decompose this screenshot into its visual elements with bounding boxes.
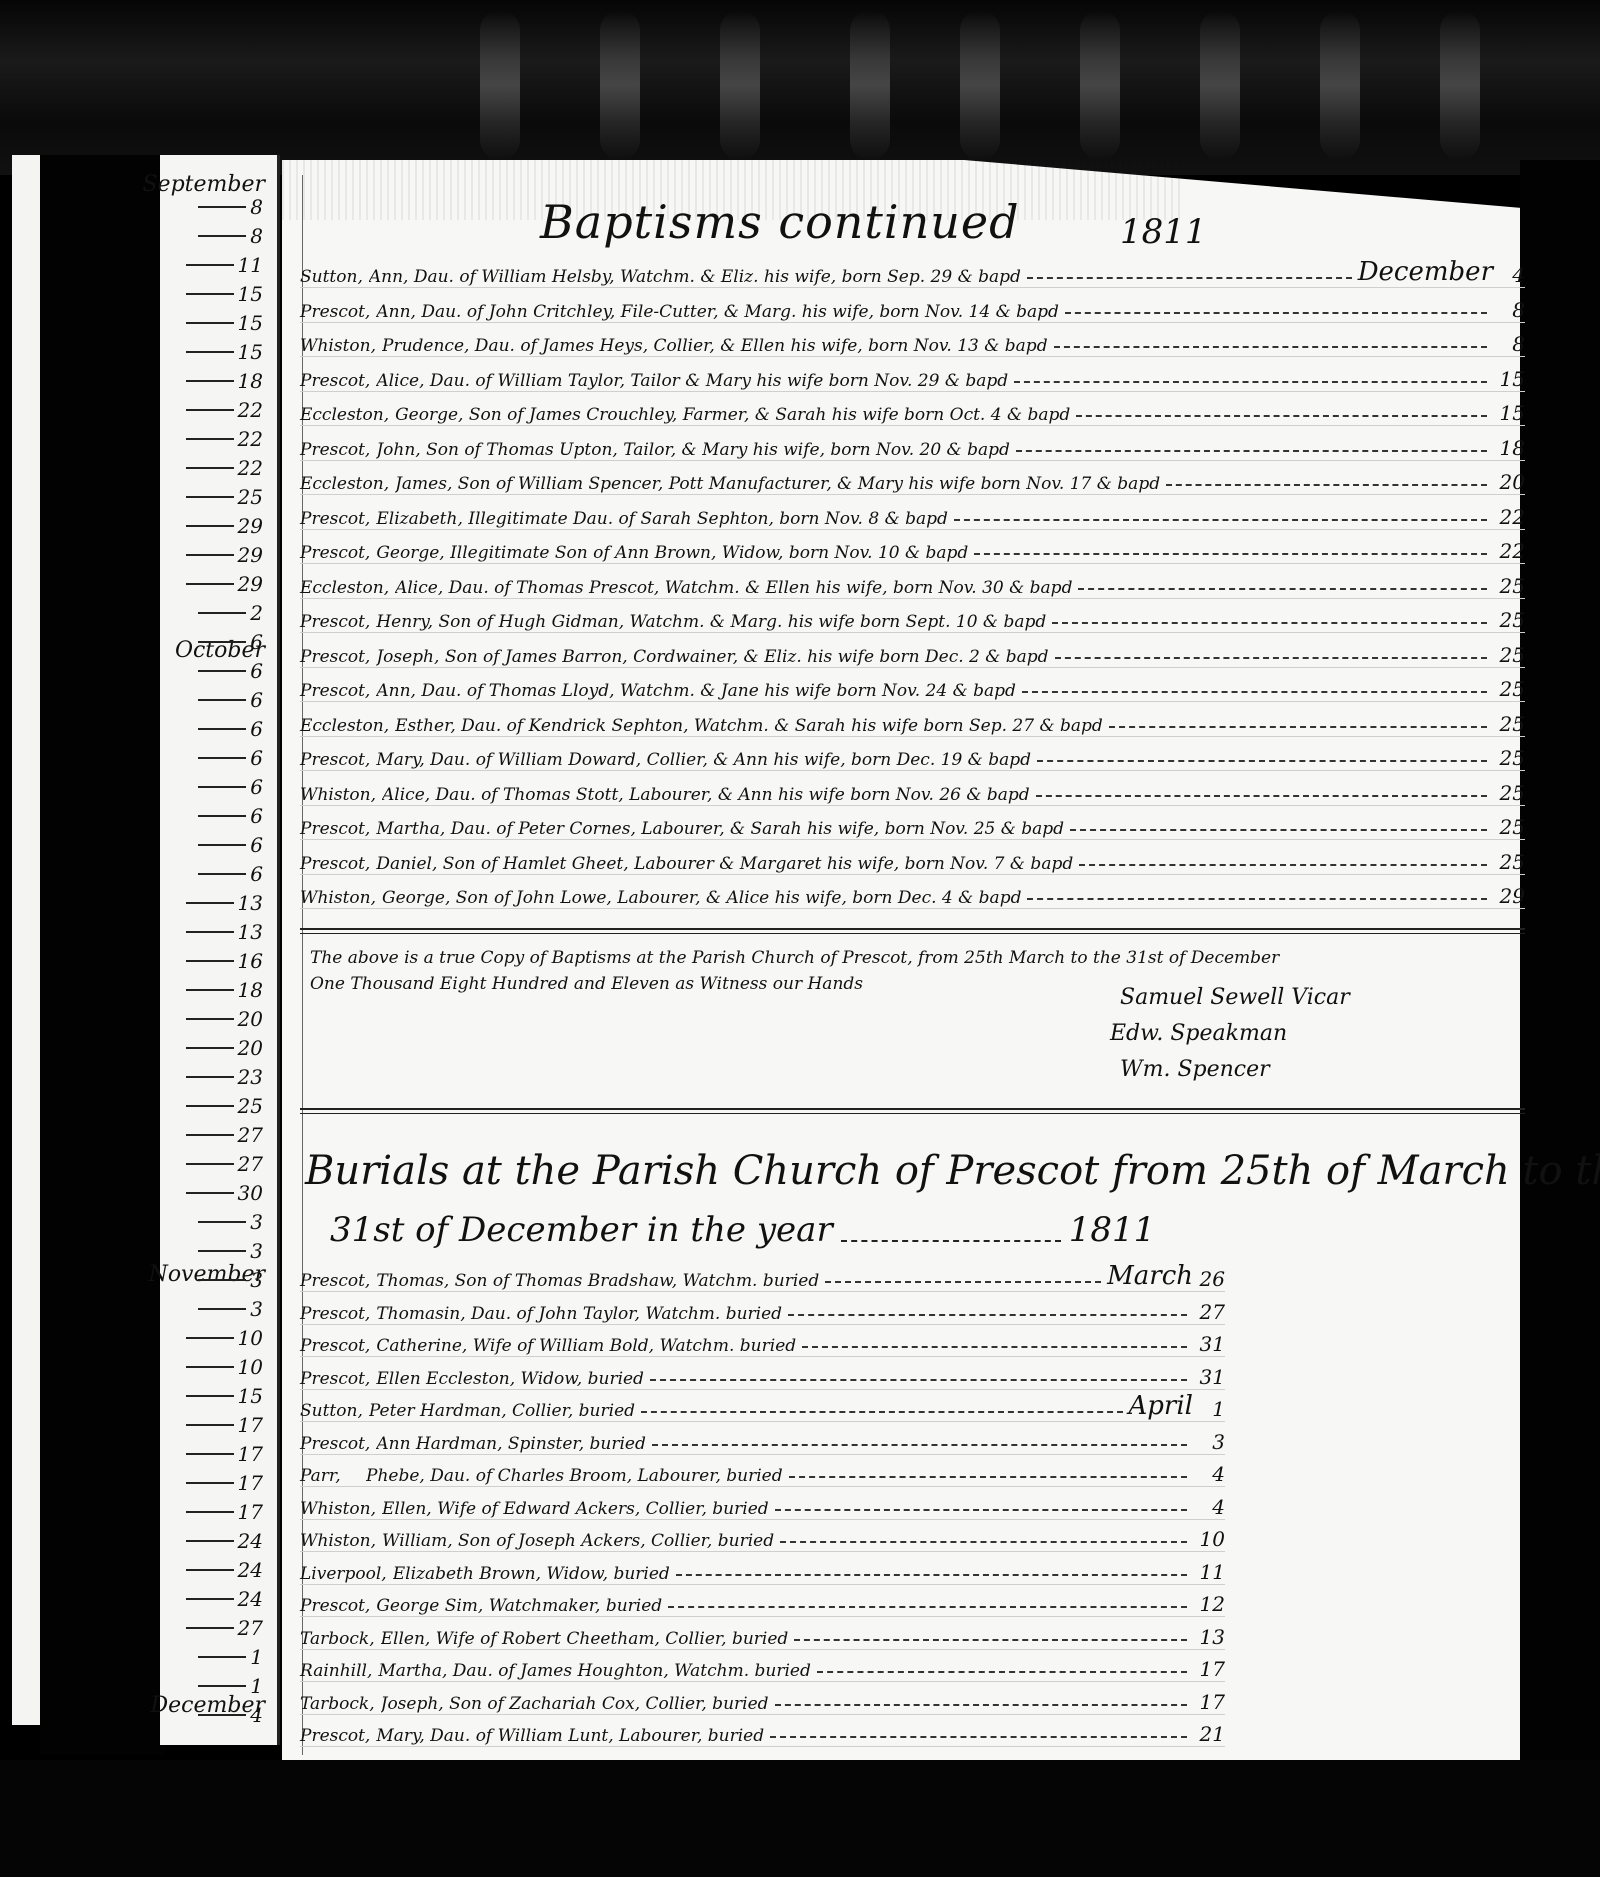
entry-text: Martha, Dau. of Peter Cornes, Labourer, … (376, 819, 1064, 839)
entry-text: Thomasin, Dau. of John Taylor, Watchm. b… (376, 1304, 782, 1324)
entry-place: Prescot, (300, 1304, 370, 1324)
entry-day: 22 (1497, 505, 1525, 529)
left-day-number: 8 (198, 224, 263, 248)
left-day-number: 27 (186, 1616, 263, 1640)
entry-text: Ann, Dau. of William Helsby, Watchm. & E… (369, 267, 1021, 287)
entry-place: Prescot, (300, 854, 370, 874)
register-entry: Liverpool,Elizabeth Brown, Widow, buried… (300, 1555, 1225, 1585)
left-day-number: 1 (198, 1674, 263, 1698)
entry-day: 25 (1497, 850, 1525, 874)
register-entry: Prescot,Alice, Dau. of William Taylor, T… (300, 362, 1525, 392)
entry-day: 12 (1197, 1592, 1225, 1616)
register-entry: Prescot,Ann, Dau. of Thomas Lloyd, Watch… (300, 672, 1525, 702)
left-day-number: 2 (198, 601, 263, 625)
entry-text: Thomas, Son of Thomas Bradshaw, Watchm. … (376, 1271, 819, 1291)
entry-place: Prescot, (300, 1369, 370, 1389)
register-entry: Prescot,Martha, Dau. of Peter Cornes, La… (300, 810, 1525, 840)
entry-leader (641, 1411, 1123, 1413)
register-entry: Whiston,William, Son of Joseph Ackers, C… (300, 1522, 1225, 1552)
left-day-number: 27 (186, 1152, 263, 1176)
entry-text: Ellen, Wife of Robert Cheetham, Collier,… (381, 1629, 789, 1649)
entry-text: Elizabeth Brown, Widow, buried (393, 1564, 670, 1584)
entry-day: 4 (1197, 1462, 1225, 1486)
entry-text: George, Son of John Lowe, Labourer, & Al… (382, 888, 1021, 908)
entry-day: 15 (1497, 401, 1525, 425)
left-day-number: 25 (186, 485, 263, 509)
entry-place: Eccleston, (300, 578, 389, 598)
entry-day: 31 (1197, 1332, 1225, 1356)
entry-day: 1 (1197, 1397, 1225, 1421)
title-leader (841, 1240, 1061, 1242)
left-page-edge (12, 155, 42, 1725)
entry-leader (780, 1541, 1187, 1543)
register-entry: Eccleston,Alice, Dau. of Thomas Prescot,… (300, 569, 1525, 599)
entry-place: Prescot, (300, 647, 370, 667)
entry-leader (1036, 795, 1487, 797)
entry-place: Prescot, (300, 750, 370, 770)
register-entry: Sutton,Peter Hardman, Collier, buriedApr… (300, 1392, 1225, 1422)
register-entry: Whiston,Ellen, Wife of Edward Ackers, Co… (300, 1490, 1225, 1520)
entry-leader (668, 1606, 1187, 1608)
entry-place: Prescot, (300, 1596, 370, 1616)
register-entry: Prescot,Ellen Eccleston, Widow, buried31 (300, 1360, 1225, 1390)
left-day-number: 13 (186, 891, 263, 915)
register-entry: Eccleston,Esther, Dau. of Kendrick Sepht… (300, 707, 1525, 737)
entry-leader (1014, 381, 1487, 383)
entry-day: 17 (1197, 1657, 1225, 1681)
register-entry: Prescot,Elizabeth, Illegitimate Dau. of … (300, 500, 1525, 530)
left-day-number: 29 (186, 572, 263, 596)
register-entry: Prescot,Mary, Dau. of William Lunt, Labo… (300, 1717, 1225, 1747)
register-entry: Prescot,Thomasin, Dau. of John Taylor, W… (300, 1295, 1225, 1325)
entry-text: Joseph, Son of Zachariah Cox, Collier, b… (381, 1694, 769, 1714)
burials-year: 1811 (1069, 1210, 1156, 1250)
entry-place: Tarbock, (300, 1629, 375, 1649)
register-entry: Eccleston,James, Son of William Spencer,… (300, 465, 1525, 495)
left-day-number: 17 (186, 1442, 263, 1466)
entry-leader (1076, 415, 1487, 417)
register-entry: Prescot,George Sim, Watchmaker, buried12 (300, 1587, 1225, 1617)
left-day-number: 10 (186, 1355, 263, 1379)
register-entry: Prescot,Ann, Dau. of John Critchley, Fil… (300, 293, 1525, 323)
left-day-number: 6 (198, 717, 263, 741)
entry-day: 10 (1197, 1527, 1225, 1551)
register-entry: Tarbock,Joseph, Son of Zachariah Cox, Co… (300, 1685, 1225, 1715)
entry-place: Eccleston, (300, 474, 389, 494)
left-day-number: 3 (198, 1297, 263, 1321)
entry-day: 31 (1197, 1365, 1225, 1389)
entry-leader (1052, 622, 1487, 624)
left-day-number: 15 (186, 1384, 263, 1408)
left-page-fragment: SeptemberOctoberNovemberDecember88111515… (160, 155, 280, 1745)
left-day-number: 24 (186, 1558, 263, 1582)
entry-leader (817, 1671, 1187, 1673)
left-day-number: 4 (198, 1703, 263, 1727)
entry-leader (770, 1736, 1187, 1738)
entry-day: 25 (1497, 677, 1525, 701)
entry-leader (788, 1314, 1187, 1316)
entry-leader (1054, 346, 1487, 348)
entry-text: Alice, Dau. of Thomas Prescot, Watchm. &… (395, 578, 1072, 598)
left-day-number: 6 (198, 862, 263, 886)
register-entry: Prescot,Ann Hardman, Spinster, buried3 (300, 1425, 1225, 1455)
entry-place: Sutton, (300, 267, 363, 287)
left-day-number: 6 (198, 775, 263, 799)
signature-warden-1: Edw. Speakman (1110, 1016, 1350, 1052)
entry-place: Liverpool, (300, 1564, 387, 1584)
entry-day: 13 (1197, 1625, 1225, 1649)
entry-text: John, Son of Thomas Upton, Tailor, & Mar… (376, 440, 1010, 460)
signature-vicar: Samuel Sewell Vicar (1120, 980, 1350, 1016)
left-day-number: 8 (198, 195, 263, 219)
entry-text: George Sim, Watchmaker, buried (376, 1596, 662, 1616)
entry-text: Alice, Dau. of Thomas Stott, Labourer, &… (382, 785, 1030, 805)
register-entry: Parr,Phebe, Dau. of Charles Broom, Labou… (300, 1457, 1225, 1487)
entry-day: 25 (1497, 815, 1525, 839)
left-day-number: 3 (198, 1239, 263, 1263)
entry-leader (1109, 726, 1487, 728)
entry-text: Elizabeth, Illegitimate Dau. of Sarah Se… (376, 509, 948, 529)
entry-leader (802, 1346, 1187, 1348)
entry-text: Joseph, Son of James Barron, Cordwainer,… (376, 647, 1048, 667)
entry-day: 27 (1197, 1300, 1225, 1324)
entry-place: Rainhill, (300, 1661, 372, 1681)
entry-day: 29 (1497, 884, 1525, 908)
entry-leader (650, 1379, 1187, 1381)
entry-place: Tarbock, (300, 1694, 375, 1714)
left-day-number: 30 (186, 1181, 263, 1205)
entry-text: Esther, Dau. of Kendrick Sephton, Watchm… (395, 716, 1103, 736)
entry-place: Whiston, (300, 888, 376, 908)
baptisms-title: Baptisms continued (540, 195, 1020, 249)
register-entry: Eccleston,George, Son of James Crouchley… (300, 396, 1525, 426)
entry-leader (1037, 760, 1487, 762)
entry-day: 11 (1197, 1560, 1225, 1584)
attestation-line-1: The above is a true Copy of Baptisms at … (310, 945, 1525, 971)
entry-text: Mary, Dau. of William Doward, Collier, &… (376, 750, 1031, 770)
entry-day: 22 (1497, 539, 1525, 563)
register-entry: Prescot,Joseph, Son of James Barron, Cor… (300, 638, 1525, 668)
entry-place: Eccleston, (300, 716, 389, 736)
entry-leader (825, 1281, 1101, 1283)
entry-leader (676, 1574, 1187, 1576)
entry-place: Prescot, (300, 1271, 370, 1291)
left-day-number: 3 (198, 1210, 263, 1234)
left-day-number: 6 (198, 804, 263, 828)
entry-leader (1070, 829, 1487, 831)
left-month-label: September (142, 172, 265, 197)
baptisms-year: 1811 (1120, 212, 1207, 252)
register-entry: Prescot,John, Son of Thomas Upton, Tailo… (300, 431, 1525, 461)
entry-text: Daniel, Son of Hamlet Gheet, Labourer & … (376, 854, 1073, 874)
entry-leader (1022, 691, 1487, 693)
entry-text: Mary, Dau. of William Lunt, Labourer, bu… (376, 1726, 764, 1746)
entry-leader (1016, 450, 1487, 452)
register-entry: Prescot,Mary, Dau. of William Doward, Co… (300, 741, 1525, 771)
entry-place: Prescot, (300, 509, 370, 529)
left-day-number: 15 (186, 340, 263, 364)
entry-text: Peter Hardman, Collier, buried (369, 1401, 635, 1421)
left-day-number: 6 (198, 659, 263, 683)
scanner-dark-edge-right (1520, 160, 1600, 1780)
entry-leader (974, 553, 1487, 555)
entry-leader (1055, 657, 1487, 659)
entry-text: Henry, Son of Hugh Gidman, Watchm. & Mar… (376, 612, 1046, 632)
left-day-number: 29 (186, 543, 263, 567)
entry-leader (1079, 864, 1487, 866)
left-day-number: 22 (186, 427, 263, 451)
register-entry: Whiston,Prudence, Dau. of James Heys, Co… (300, 327, 1525, 357)
entry-day: 18 (1497, 436, 1525, 460)
register-entry: Prescot,Daniel, Son of Hamlet Gheet, Lab… (300, 845, 1525, 875)
scanner-dark-band-bottom (0, 1760, 1600, 1877)
register-entry: Prescot,Catherine, Wife of William Bold,… (300, 1327, 1225, 1357)
entry-leader (1027, 277, 1352, 279)
entry-text: Ann Hardman, Spinster, buried (376, 1434, 646, 1454)
entry-place: Prescot, (300, 440, 370, 460)
entry-place: Eccleston, (300, 405, 389, 425)
left-day-number: 24 (186, 1529, 263, 1553)
left-day-number: 13 (186, 920, 263, 944)
entry-leader (652, 1444, 1187, 1446)
entry-text: Alice, Dau. of William Taylor, Tailor & … (376, 371, 1008, 391)
left-day-number: 29 (186, 514, 263, 538)
register-entry: Prescot,George, Illegitimate Son of Ann … (300, 534, 1525, 564)
entry-place: Whiston, (300, 1531, 376, 1551)
entry-place: Whiston, (300, 1499, 376, 1519)
left-day-number: 6 (198, 746, 263, 770)
register-entry: Prescot,Thomas, Son of Thomas Bradshaw, … (300, 1262, 1225, 1292)
left-day-number: 20 (186, 1036, 263, 1060)
entry-day: 20 (1497, 470, 1525, 494)
entry-text: Ann, Dau. of Thomas Lloyd, Watchm. & Jan… (376, 681, 1016, 701)
entry-day: 25 (1497, 781, 1525, 805)
entry-place: Prescot, (300, 371, 370, 391)
burials-title-line-2-text: 31st of December in the year (330, 1210, 833, 1250)
left-day-number: 1 (198, 1645, 263, 1669)
entry-leader (1065, 312, 1487, 314)
entry-day: 26 (1197, 1267, 1225, 1291)
left-day-number: 18 (186, 978, 263, 1002)
left-day-number: 6 (198, 833, 263, 857)
left-day-number: 17 (186, 1500, 263, 1524)
entry-leader (789, 1476, 1187, 1478)
left-day-number: 17 (186, 1413, 263, 1437)
left-day-number: 22 (186, 456, 263, 480)
entry-text: Ellen Eccleston, Widow, buried (376, 1369, 644, 1389)
entry-day: 4 (1497, 263, 1525, 287)
signature-warden-2: Wm. Spencer (1120, 1052, 1350, 1088)
left-day-number: 3 (198, 1268, 263, 1292)
signatures: Samuel Sewell Vicar Edw. Speakman Wm. Sp… (1120, 980, 1350, 1088)
register-entry: Tarbock,Ellen, Wife of Robert Cheetham, … (300, 1620, 1225, 1650)
entry-text: Phebe, Dau. of Charles Broom, Labourer, … (366, 1466, 783, 1486)
left-day-number: 16 (186, 949, 263, 973)
entry-day: 17 (1197, 1690, 1225, 1714)
entry-month: December (1358, 257, 1493, 287)
entry-day: 4 (1197, 1495, 1225, 1519)
register-entry: Whiston,Alice, Dau. of Thomas Stott, Lab… (300, 776, 1525, 806)
register-entry: Sutton,Ann, Dau. of William Helsby, Watc… (300, 258, 1525, 288)
entry-day: 15 (1497, 367, 1525, 391)
left-day-number: 15 (186, 311, 263, 335)
section-divider (300, 1108, 1525, 1114)
entry-place: Prescot, (300, 681, 370, 701)
entry-leader (1078, 588, 1487, 590)
left-day-number: 17 (186, 1471, 263, 1495)
book-gutter-shadow (40, 155, 165, 1755)
left-day-number: 11 (186, 253, 263, 277)
left-day-number: 25 (186, 1094, 263, 1118)
entry-day: 3 (1197, 1430, 1225, 1454)
register-entry: Rainhill,Martha, Dau. of James Houghton,… (300, 1652, 1225, 1682)
left-day-number: 27 (186, 1123, 263, 1147)
entry-text: Ellen, Wife of Edward Ackers, Collier, b… (382, 1499, 769, 1519)
left-day-number: 23 (186, 1065, 263, 1089)
entry-text: Catherine, Wife of William Bold, Watchm.… (376, 1336, 796, 1356)
left-day-number: 24 (186, 1587, 263, 1611)
entry-leader (954, 519, 1487, 521)
entry-place: Prescot, (300, 1726, 370, 1746)
entry-text: George, Illegitimate Son of Ann Brown, W… (376, 543, 968, 563)
entry-day: 25 (1497, 574, 1525, 598)
entry-day: 8 (1497, 332, 1525, 356)
entry-text: Prudence, Dau. of James Heys, Collier, &… (382, 336, 1048, 356)
section-divider (300, 928, 1525, 934)
entry-day: 25 (1497, 712, 1525, 736)
entry-text: George, Son of James Crouchley, Farmer, … (395, 405, 1070, 425)
left-day-number: 10 (186, 1326, 263, 1350)
entry-leader (794, 1639, 1187, 1641)
entry-day: 8 (1497, 298, 1525, 322)
register-entry: Whiston,George, Son of John Lowe, Labour… (300, 879, 1525, 909)
entry-place: Parr, (300, 1466, 360, 1486)
left-day-number: 15 (186, 282, 263, 306)
burials-title: Burials at the Parish Church of Prescot … (305, 1148, 1600, 1194)
entry-place: Whiston, (300, 785, 376, 805)
entry-place: Prescot, (300, 1336, 370, 1356)
entry-place: Prescot, (300, 612, 370, 632)
burials-title-line-2: 31st of December in the year1811 (330, 1210, 1155, 1250)
entry-place: Prescot, (300, 302, 370, 322)
entry-place: Prescot, (300, 819, 370, 839)
entry-day: 25 (1497, 608, 1525, 632)
entry-day: 21 (1197, 1722, 1225, 1746)
entry-text: William, Son of Joseph Ackers, Collier, … (382, 1531, 774, 1551)
entry-leader (775, 1704, 1187, 1706)
entry-leader (1166, 484, 1487, 486)
entry-text: Martha, Dau. of James Houghton, Watchm. … (378, 1661, 810, 1681)
scanner-dark-band-top (0, 0, 1600, 175)
entry-day: 25 (1497, 746, 1525, 770)
entry-month: April (1129, 1391, 1193, 1421)
left-day-number: 6 (198, 630, 263, 654)
entry-leader (775, 1509, 1187, 1511)
left-day-number: 18 (186, 369, 263, 393)
entry-place: Sutton, (300, 1401, 363, 1421)
entry-text: Ann, Dau. of John Critchley, File-Cutter… (376, 302, 1059, 322)
entry-month: March (1107, 1261, 1193, 1291)
left-day-number: 20 (186, 1007, 263, 1031)
entry-text: James, Son of William Spencer, Pott Manu… (395, 474, 1160, 494)
entry-day: 25 (1497, 643, 1525, 667)
entry-place: Whiston, (300, 336, 376, 356)
left-day-number: 6 (198, 688, 263, 712)
entry-leader (1027, 898, 1487, 900)
entry-place: Prescot, (300, 543, 370, 563)
left-day-number: 22 (186, 398, 263, 422)
register-entry: Prescot,Henry, Son of Hugh Gidman, Watch… (300, 603, 1525, 633)
entry-place: Prescot, (300, 1434, 370, 1454)
